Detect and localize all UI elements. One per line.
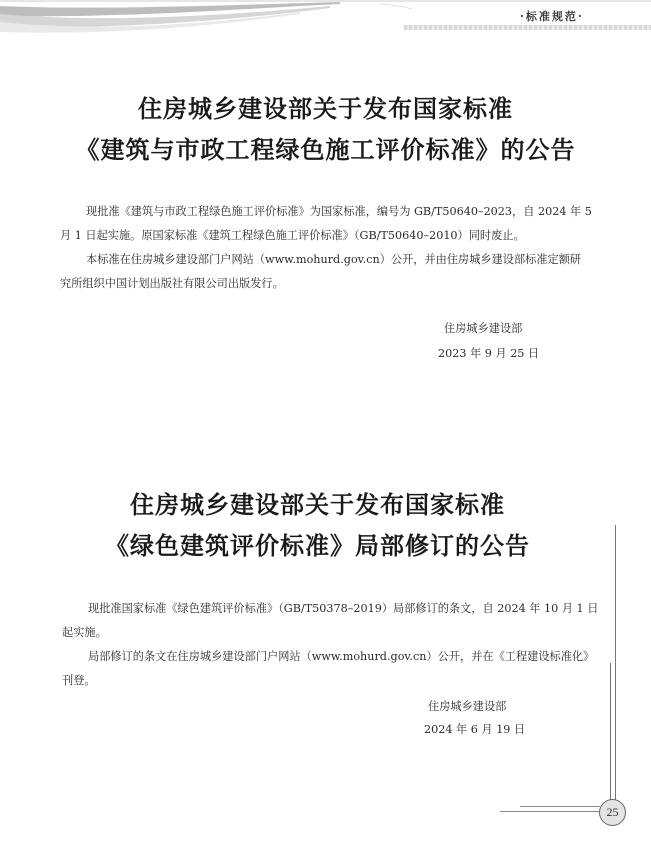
title-line: 《建筑与市政工程绿色施工评价标准》的公告 (0, 129, 651, 170)
announcement-1-issuer: 住房城乡建设部 (444, 316, 522, 342)
announcement-2-title: 住房城乡建设部关于发布国家标准 《绿色建筑评价标准》局部修订的公告 (0, 484, 643, 566)
announcement-2-paragraph: 现批准国家标准《绿色建筑评价标准》（GB/T50378–2019）局部修订的条文… (62, 597, 602, 645)
announcement-2-paragraph: 局部修订的条文在住房城乡建设部门户网站（www.mohurd.gov.cn）公开… (62, 645, 602, 693)
section-label: ·标准规范· (520, 8, 584, 24)
decorative-vertical-line (610, 663, 611, 800)
decorative-vertical-line (615, 525, 616, 800)
title-line: 《绿色建筑评价标准》局部修订的公告 (0, 525, 643, 566)
page-number-badge: 25 (599, 799, 626, 826)
announcement-1-date: 2023 年 9 月 25 日 (438, 341, 539, 367)
announcement-1-paragraph: 现批准《建筑与市政工程绿色施工评价标准》为国家标准，编号为 GB/T50640–… (60, 200, 592, 248)
header-pattern-bar (404, 25, 651, 30)
announcement-1-paragraph: 本标准在住房城乡建设部门户网站（www.mohurd.gov.cn）公开，并由住… (60, 248, 592, 296)
announcement-2-date: 2024 年 6 月 19 日 (424, 717, 525, 743)
title-line: 住房城乡建设部关于发布国家标准 (0, 88, 651, 129)
title-line: 住房城乡建设部关于发布国家标准 (0, 484, 643, 525)
decorative-horizontal-line (500, 811, 600, 812)
announcement-1-title: 住房城乡建设部关于发布国家标准 《建筑与市政工程绿色施工评价标准》的公告 (0, 88, 651, 170)
page-number: 25 (607, 805, 619, 820)
decorative-horizontal-line (520, 806, 600, 807)
